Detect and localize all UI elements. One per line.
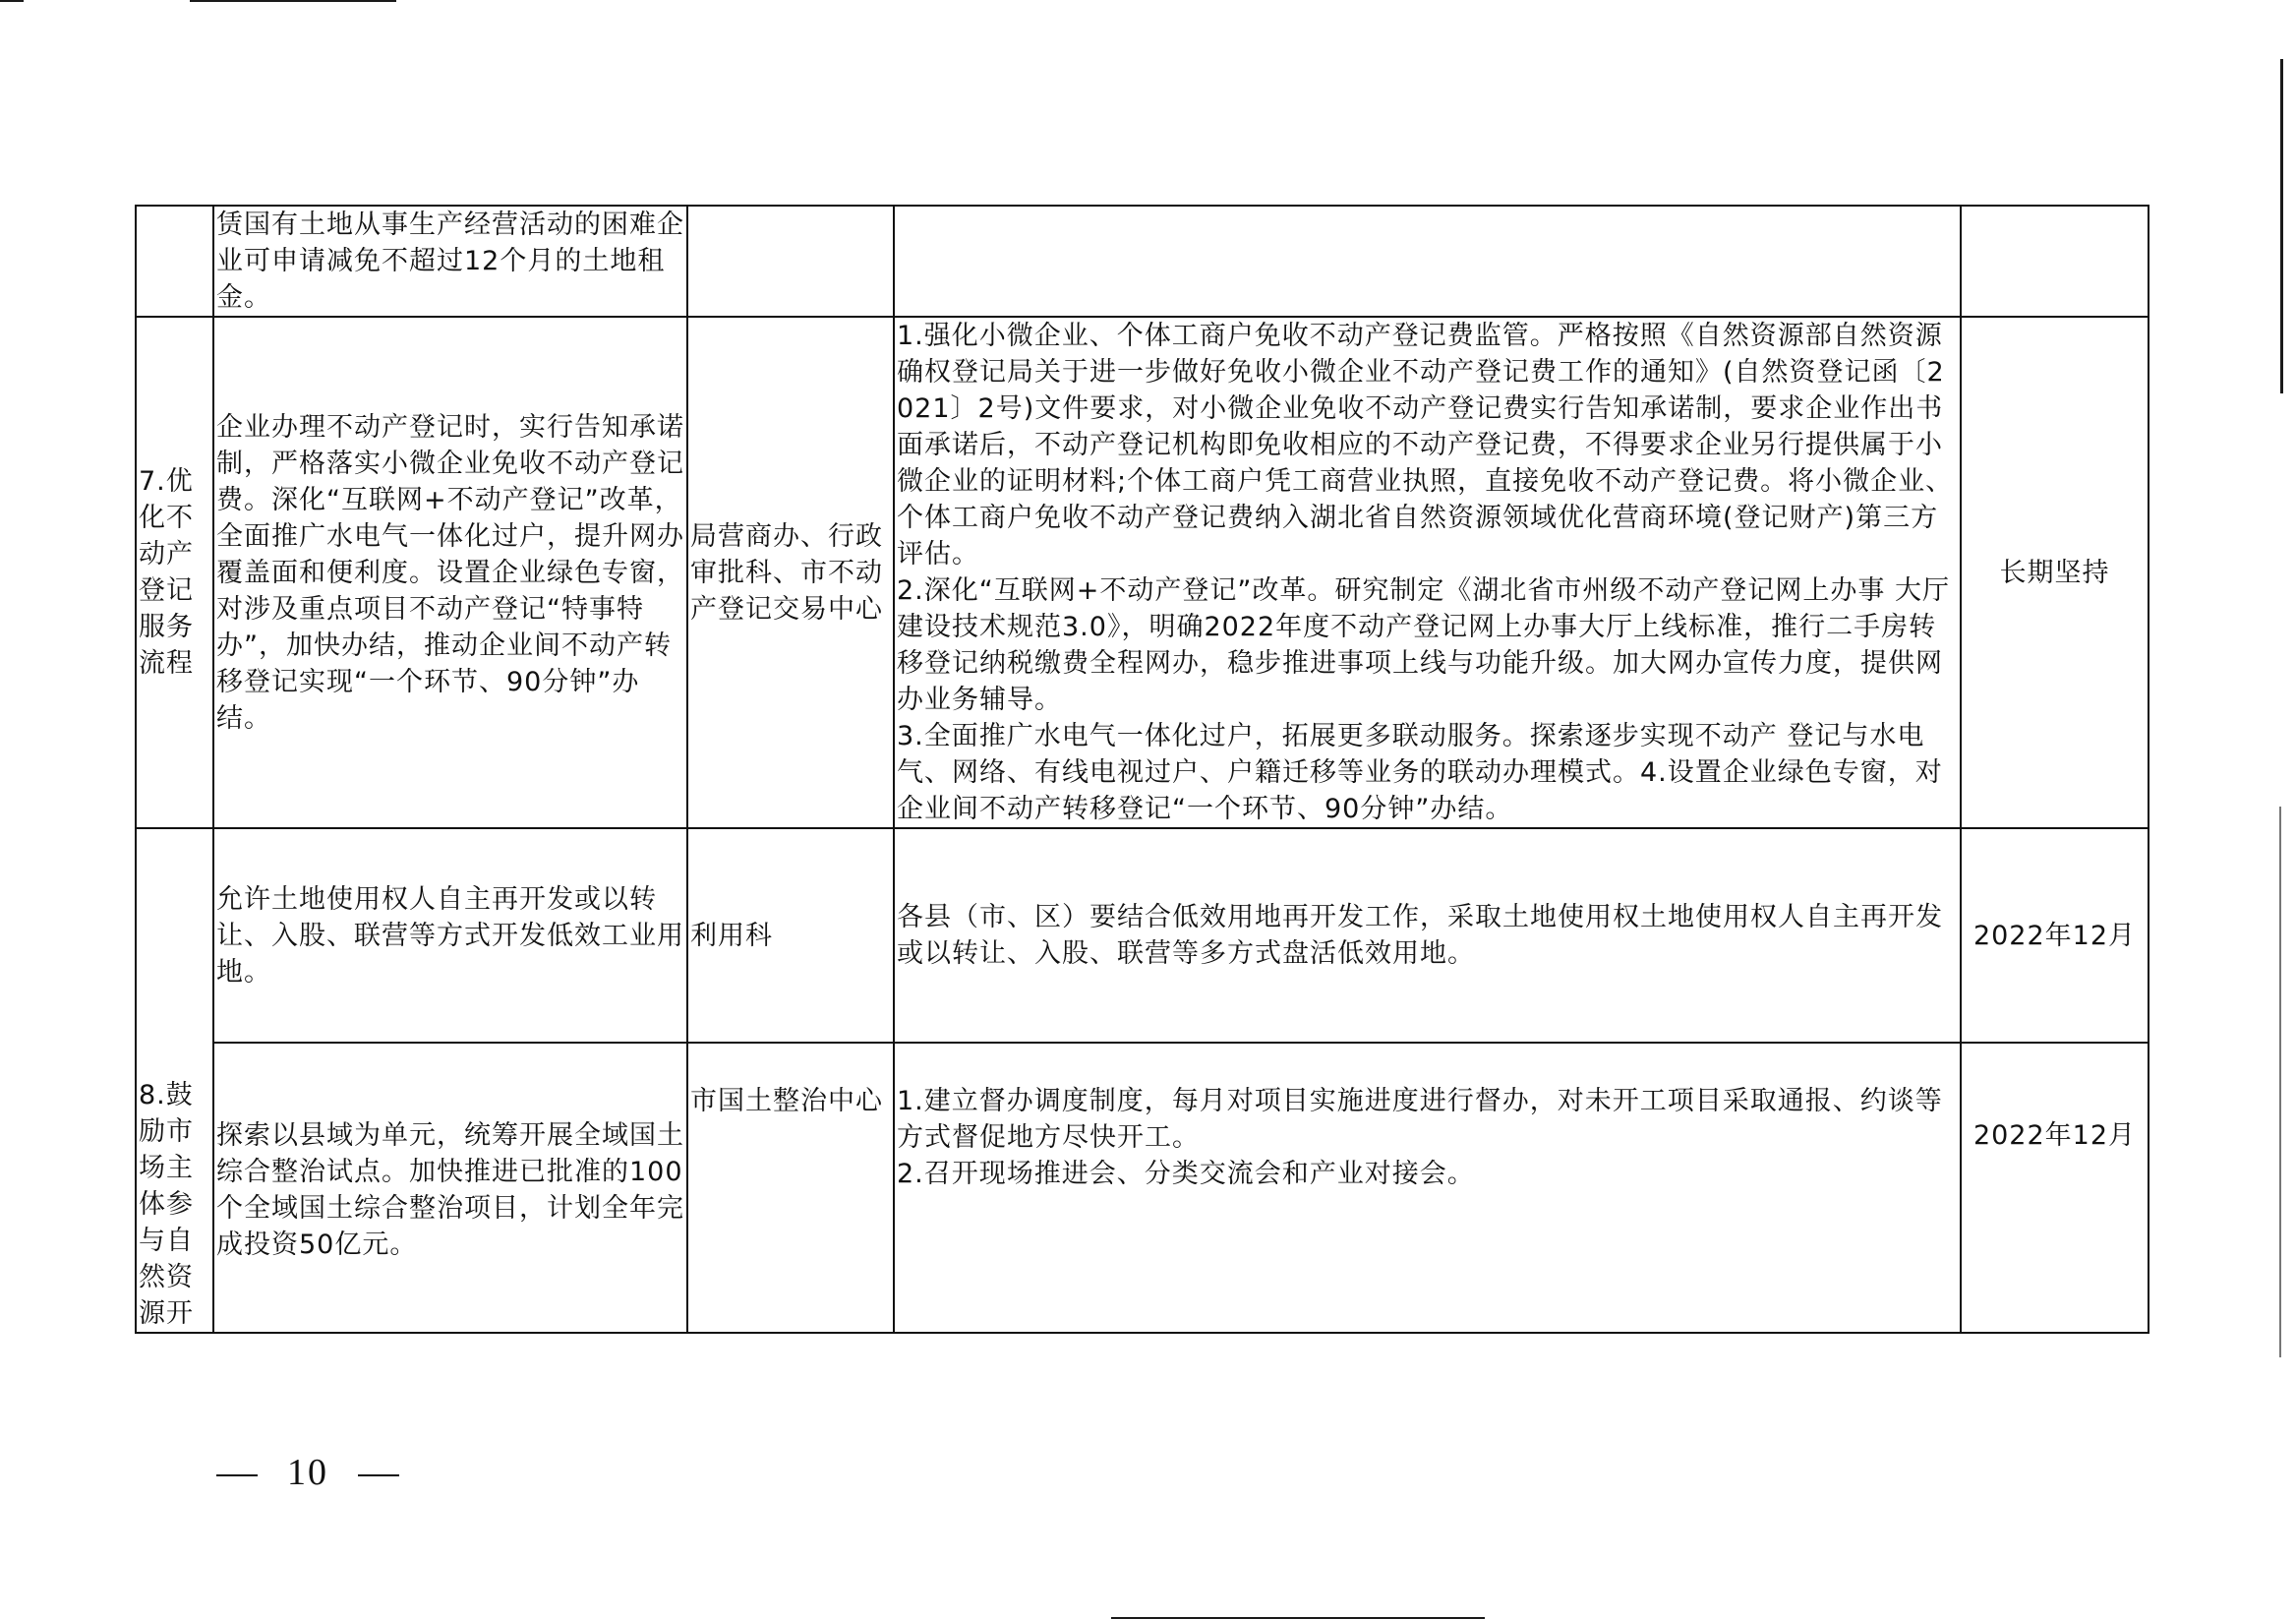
department-cell: 利用科 [687, 828, 894, 1043]
scan-edge-top-mid [190, 0, 396, 2]
measures-cell [894, 206, 1961, 317]
department-text: 局营商办、行政审批科、市不动产登记交易中心 [690, 521, 883, 625]
item-name-cell [136, 206, 213, 317]
task-text: 探索以县域为单元，统筹开展全域国土综合整治试点。加快推进已批准的100个全域国土… [216, 1120, 684, 1260]
deadline-cell [1961, 206, 2149, 317]
measure-item: 2.召开现场推进会、分类交流会和产业对接会。 [897, 1156, 1958, 1192]
deadline-cell: 2022年12月 [1961, 1043, 2149, 1333]
deadline-cell: 2022年12月 [1961, 828, 2149, 1043]
scan-edge-right [2280, 59, 2283, 393]
page-number: 10 [187, 1451, 429, 1494]
deadline-text: 2022年12月 [1973, 1120, 2136, 1151]
measures-cell: 各县（市、区）要结合低效用地再开发工作，采取土地使用权土地使用权人自主再开发或以… [894, 828, 1961, 1043]
task-cell: 允许土地使用权人自主再开发或以转让、入股、联营等方式开发低效工业用地。 [213, 828, 687, 1043]
task-text: 企业办理不动产登记时，实行告知承诺制，严格落实小微企业免收不动产登记费。深化“互… [216, 412, 684, 734]
page-number-text: 10 [287, 1452, 328, 1493]
task-cell: 探索以县域为单元，统筹开展全域国土综合整治试点。加快推进已批准的100个全域国土… [213, 1043, 687, 1333]
deadline-text: 长期坚持 [2000, 558, 2110, 588]
task-text: 允许土地使用权人自主再开发或以转让、入股、联营等方式开发低效工业用地。 [216, 884, 684, 988]
department-cell: 市国土整治中心 [687, 1043, 894, 1333]
table-row-item-8b: 探索以县域为单元，统筹开展全域国土综合整治试点。加快推进已批准的100个全域国土… [136, 1043, 2149, 1333]
measures-cell: 1.强化小微企业、个体工商户免收不动产登记费监管。严格按照《自然资源部自然资源确… [894, 317, 1961, 828]
task-cell: 企业办理不动产登记时，实行告知承诺制，严格落实小微企业免收不动产登记费。深化“互… [213, 317, 687, 828]
item-name-cell: 8.鼓励市场主体参与自然资源开 [136, 828, 213, 1333]
scan-edge-right-lower [2279, 807, 2281, 1357]
table-row-item-7: 7.优化不动产登记服务流程 企业办理不动产登记时，实行告知承诺制，严格落实小微企… [136, 317, 2149, 828]
dash-right [358, 1474, 399, 1476]
dash-left [216, 1474, 258, 1476]
deadline-text: 2022年12月 [1973, 921, 2136, 951]
scan-edge-top-left [0, 0, 24, 2]
department-text: 利用科 [690, 921, 773, 951]
item-name: 7.优化不动产登记服务流程 [139, 463, 204, 682]
department-text: 市国土整治中心 [690, 1086, 883, 1116]
task-text: 赁国有土地从事生产经营活动的困难企业可申请减免不超过12个月的土地租金。 [216, 210, 684, 313]
measure-item: 2.深化“互联网+不动产登记”改革。研究制定《湖北省市州级不动产登记网上办事 大… [897, 572, 1958, 718]
item-name-cell: 7.优化不动产登记服务流程 [136, 317, 213, 828]
table-row-continuation: 赁国有土地从事生产经营活动的困难企业可申请减免不超过12个月的土地租金。 [136, 206, 2149, 317]
policy-table: 赁国有土地从事生产经营活动的困难企业可申请减免不超过12个月的土地租金。 7.优… [135, 205, 2149, 1334]
department-cell: 局营商办、行政审批科、市不动产登记交易中心 [687, 317, 894, 828]
department-cell [687, 206, 894, 317]
item-name: 8.鼓励市场主体参与自然资源开 [139, 1077, 204, 1332]
measure-item: 1.强化小微企业、个体工商户免收不动产登记费监管。严格按照《自然资源部自然资源确… [897, 318, 1958, 572]
deadline-cell: 长期坚持 [1961, 317, 2149, 828]
table-row-item-8a: 8.鼓励市场主体参与自然资源开 允许土地使用权人自主再开发或以转让、入股、联营等… [136, 828, 2149, 1043]
task-cell: 赁国有土地从事生产经营活动的困难企业可申请减免不超过12个月的土地租金。 [213, 206, 687, 317]
measure-item: 3.全面推广水电气一体化过户，拓展更多联动服务。探索逐步实现不动产 登记与水电气… [897, 718, 1958, 827]
measure-item: 1.建立督办调度制度，每月对项目实施进度进行督办，对未开工项目采取通报、约谈等方… [897, 1083, 1958, 1156]
measure-item: 各县（市、区）要结合低效用地再开发工作，采取土地使用权土地使用权人自主再开发或以… [897, 899, 1958, 972]
measures-cell: 1.建立督办调度制度，每月对项目实施进度进行督办，对未开工项目采取通报、约谈等方… [894, 1043, 1961, 1333]
